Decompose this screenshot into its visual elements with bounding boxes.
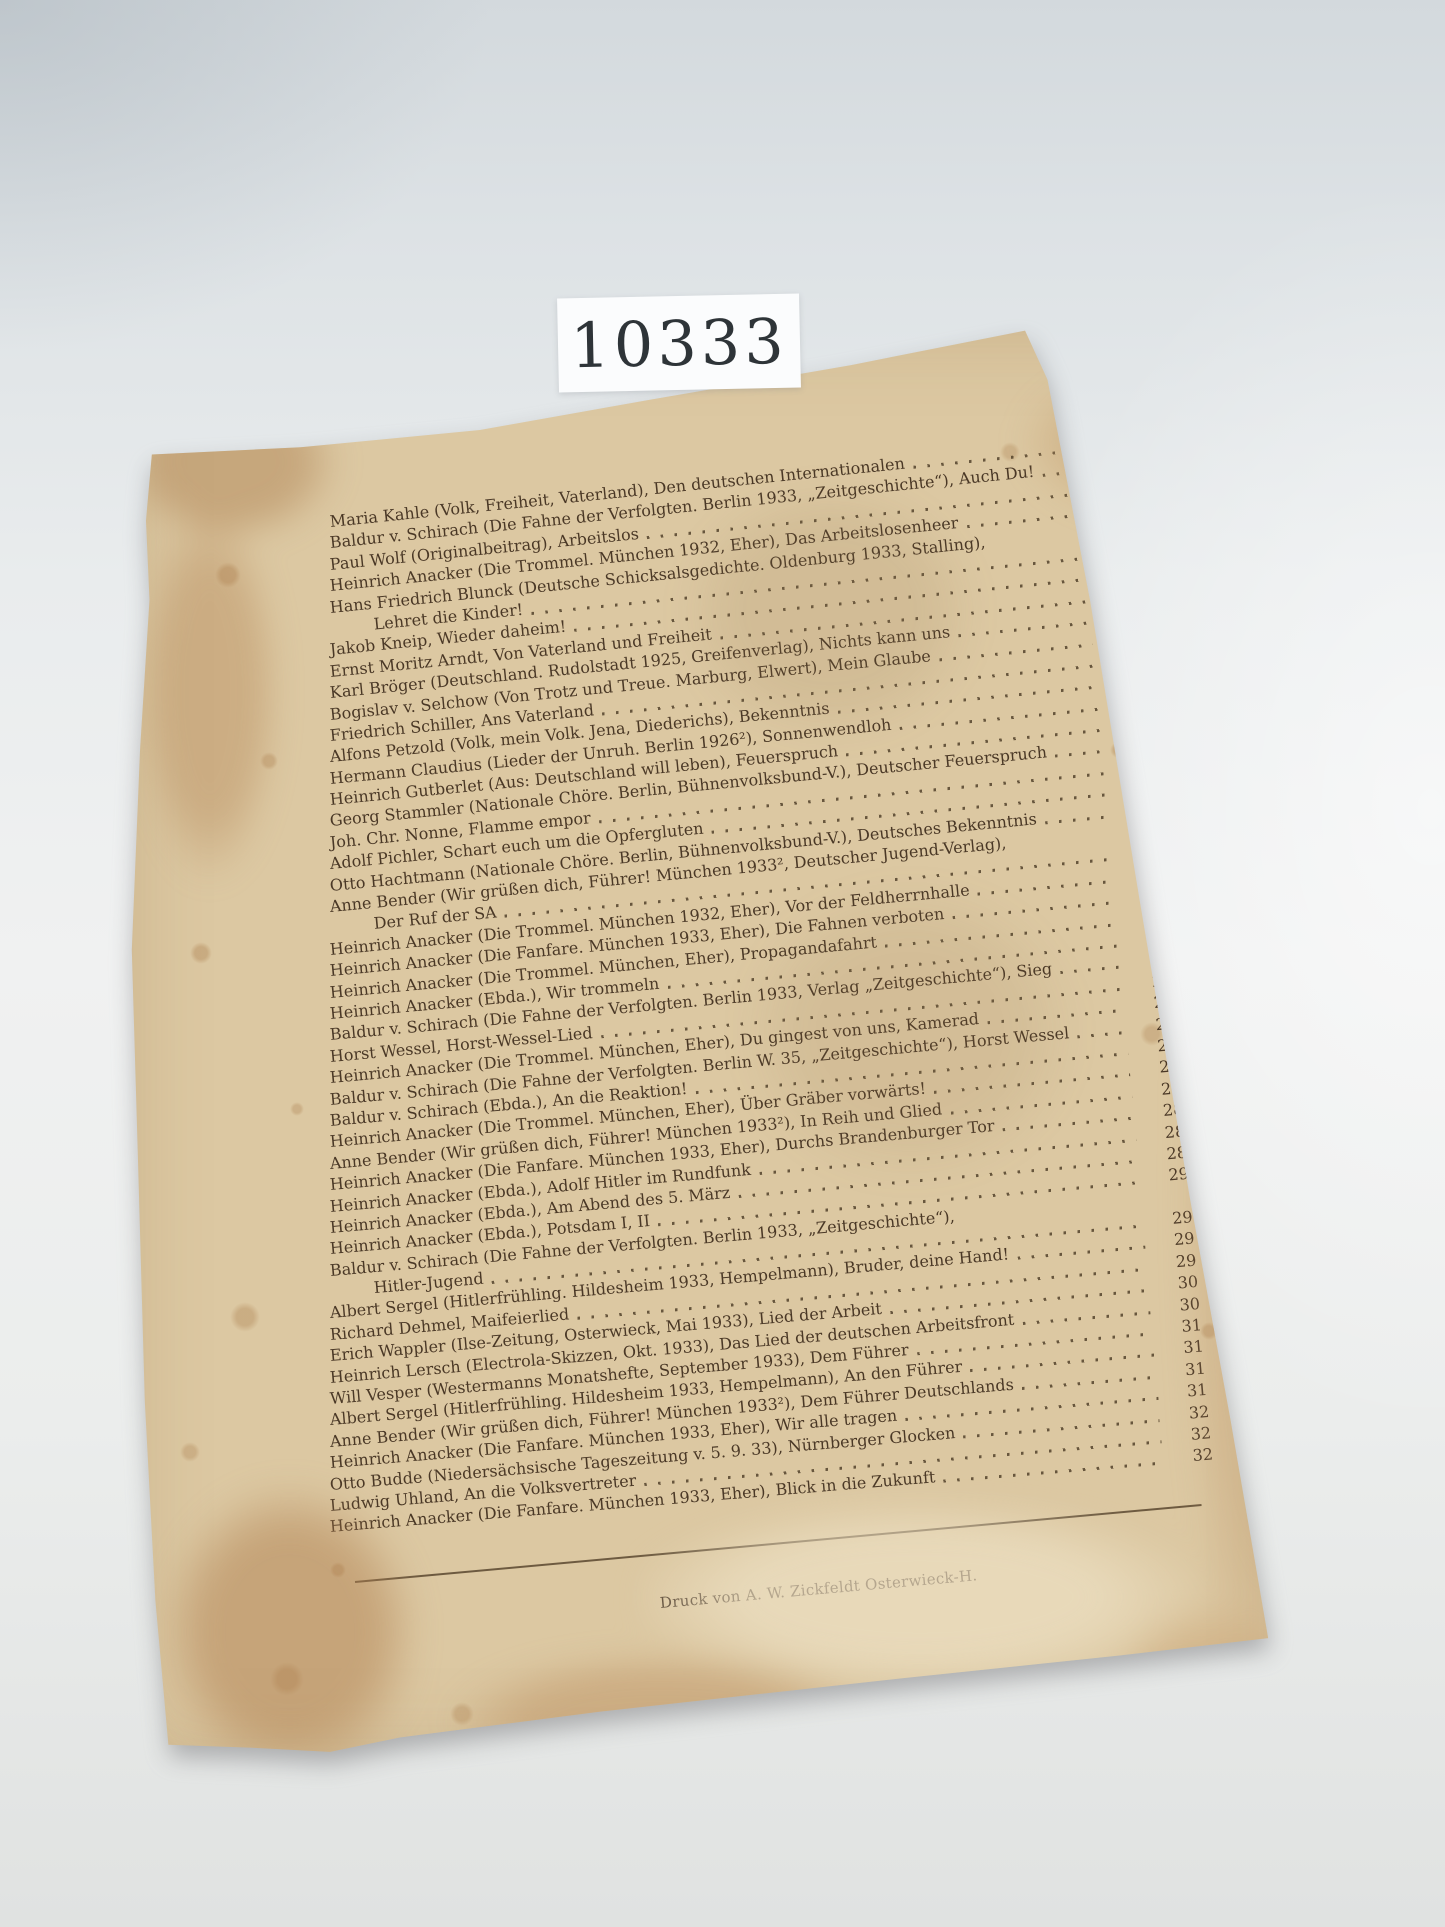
toc-page-number: 31: [1163, 1358, 1206, 1380]
toc-page-number: 29: [1150, 1207, 1193, 1230]
toc-page-number: 21: [1102, 647, 1146, 670]
toc-page-number: 20: [1094, 560, 1138, 583]
inventory-label-text: 10333: [570, 304, 789, 382]
book-page: Maria Kahle (Volk, Freiheit, Vaterland),…: [120, 322, 1300, 1762]
toc-page-number: 20: [1096, 582, 1140, 605]
toc-page-number: 32: [1170, 1445, 1213, 1467]
toc-dot-leader: [943, 1462, 1163, 1483]
toc-list: Maria Kahle (Volk, Freiheit, Vaterland),…: [330, 512, 1230, 1612]
toc-page-number: 29: [1152, 1229, 1195, 1252]
inventory-label: 10333: [557, 293, 801, 392]
toc-page-number: 26: [1129, 970, 1173, 993]
toc-dot-leader: [1043, 471, 1079, 478]
toc-page-number: 24: [1120, 862, 1164, 885]
toc-page-number: 18: [1085, 453, 1129, 476]
toc-page-number: 28: [1144, 1143, 1188, 1166]
toc-page-number: 32: [1168, 1423, 1211, 1445]
toc-page-number: 21: [1098, 603, 1142, 626]
toc-page-number: 25: [1126, 927, 1170, 950]
toc-page-number: 29: [1154, 1250, 1197, 1273]
toc-page-number: 22: [1107, 711, 1151, 734]
toc-dot-leader: [1055, 751, 1102, 759]
toc-page-number: 22: [1109, 733, 1153, 756]
toc-page-number: 19: [1089, 496, 1133, 519]
toc-page-number: 24: [1122, 884, 1166, 907]
page-paper: Maria Kahle (Volk, Freiheit, Vaterland),…: [120, 322, 1300, 1762]
toc-page-number: [1149, 1201, 1191, 1205]
toc-dot-leader: [1045, 815, 1108, 824]
toc-page-number: 27: [1135, 1035, 1179, 1058]
toc-page-number: 30: [1155, 1272, 1198, 1295]
toc-page-number: 21: [1103, 668, 1147, 691]
toc-page-number: 29: [1146, 1164, 1189, 1187]
toc-page-number: 24: [1118, 841, 1162, 864]
toc-page-number: [1092, 532, 1134, 536]
toc-dot-leader: [1060, 966, 1121, 975]
toc-page-number: 25: [1128, 948, 1172, 971]
toc-page-number: 28: [1142, 1121, 1186, 1144]
toc-page-number: 30: [1157, 1294, 1200, 1316]
toc-page-number: 22: [1105, 690, 1149, 713]
toc-dot-leader: [1077, 1031, 1126, 1038]
toc-page-number: 23: [1115, 797, 1159, 820]
toc-page-number: [1118, 834, 1160, 838]
toc-page-number: 18: [1083, 431, 1127, 454]
toc-page-number: 21: [1100, 625, 1144, 648]
toc-page-number: 19: [1087, 474, 1131, 497]
toc-page-number: 31: [1165, 1380, 1208, 1402]
toc-page-number: 27: [1139, 1078, 1183, 1101]
toc-page-number: 23: [1113, 776, 1157, 799]
toc-page-number: 32: [1167, 1402, 1210, 1424]
toc-page-number: 19: [1092, 539, 1136, 562]
toc-page-number: 26: [1131, 991, 1175, 1014]
toc-page-number: 31: [1159, 1315, 1202, 1337]
imprint-text: Druck von A. W. Zickfeldt Osterwieck-H.: [659, 1545, 1228, 1613]
toc-page-number: 23: [1111, 754, 1155, 777]
toc-page-number: 26: [1133, 1013, 1177, 1036]
toc-page-number: 27: [1137, 1056, 1181, 1079]
toc-page-number: 25: [1124, 905, 1168, 928]
toc-page-number: 31: [1161, 1337, 1204, 1359]
toc-page-number: 28: [1141, 1099, 1185, 1122]
